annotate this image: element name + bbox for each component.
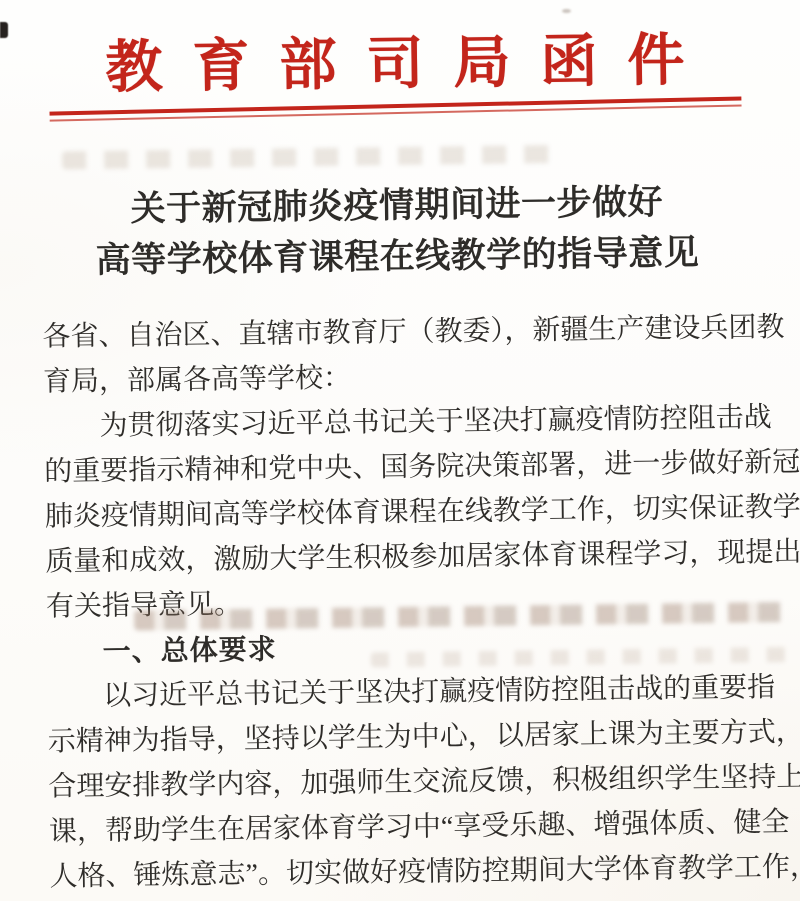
scan-speck-artifact (562, 9, 571, 13)
scanned-document-page: 教育部司局函件 关于新冠肺炎疫情期间进一步做好 高等学校体育课程在线教学的指导意… (0, 0, 800, 901)
body-line: 各省、自治区、直辖市教育厅（教委），新疆生产建设兵团教 (42, 305, 773, 360)
document-title: 关于新冠肺炎疫情期间进一步做好 高等学校体育课程在线教学的指导意见 (0, 175, 798, 287)
ink-bleed-through-mark (62, 145, 554, 169)
scan-skew-wrapper: 教育部司局函件 关于新冠肺炎疫情期间进一步做好 高等学校体育课程在线教学的指导意… (0, 0, 800, 901)
body-text: 各省、自治区、直辖市教育厅（教委），新疆生产建设兵团教育局，部属各高等学校：为贯… (42, 305, 780, 900)
letterhead-title: 教育部司局函件 (0, 23, 795, 107)
document-title-line-2: 高等学校体育课程在线教学的指导意见 (0, 226, 798, 287)
body-line: 质量和成效，激励大学生积极参加居家体育课程学习，现提出 (45, 530, 776, 585)
scan-edge-artifact (0, 22, 8, 38)
body-line: 人格、锤炼意志”。切实做好疫情防控期间大学体育教学工作， (49, 845, 780, 900)
